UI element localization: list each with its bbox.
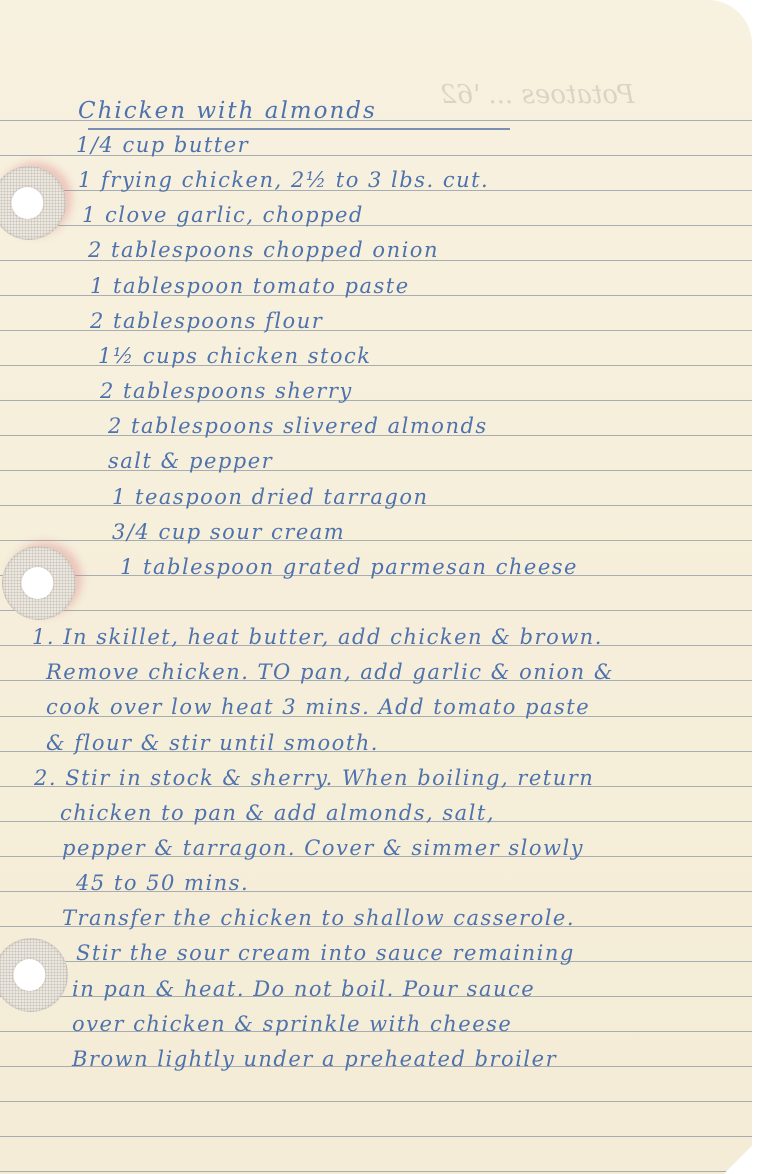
punch-hole xyxy=(13,959,45,991)
ingredient: 1½ cups chicken stock xyxy=(98,346,372,367)
direction-line: 45 to 50 mins. xyxy=(76,873,249,894)
hole-reinforcement-middle xyxy=(2,546,76,620)
ingredient: 1 tablespoon tomato paste xyxy=(90,276,410,297)
ingredient: 1 frying chicken, 2½ to 3 lbs. cut. xyxy=(78,170,489,191)
ingredient: 1 tablespoon grated parmesan cheese xyxy=(120,557,578,578)
recipe-card: Potatoes ... '62 Chicken with almonds 1/… xyxy=(0,0,752,1174)
rule-line xyxy=(0,1171,752,1172)
ingredient: 1/4 cup butter xyxy=(76,135,249,156)
punch-hole xyxy=(21,567,53,599)
ingredient: 2 tablespoons chopped onion xyxy=(88,240,439,261)
direction-line: Brown lightly under a preheated broiler xyxy=(72,1049,557,1070)
bleed-through-text: Potatoes ... '62 xyxy=(440,80,634,110)
ingredient: 2 tablespoons sherry xyxy=(100,381,353,402)
ingredient: 3/4 cup sour cream xyxy=(112,522,345,543)
title-underline xyxy=(88,128,510,130)
rule-line xyxy=(0,610,752,611)
hole-reinforcement-top xyxy=(0,166,66,240)
direction-line: & flour & stir until smooth. xyxy=(46,733,379,754)
direction-line: chicken to pan & add almonds, salt, xyxy=(60,803,495,824)
direction-line: over chicken & sprinkle with cheese xyxy=(72,1014,512,1035)
direction-line: pepper & tarragon. Cover & simmer slowly xyxy=(62,838,584,859)
direction-line: 2. Stir in stock & sherry. When boiling,… xyxy=(34,768,594,789)
ingredient: salt & pepper xyxy=(108,451,273,472)
hole-reinforcement-bottom xyxy=(0,938,68,1012)
recipe-title: Chicken with almonds xyxy=(78,100,377,123)
direction-line: cook over low heat 3 mins. Add tomato pa… xyxy=(46,697,590,718)
direction-line: 1. In skillet, heat butter, add chicken … xyxy=(32,627,603,648)
direction-line: Stir the sour cream into sauce remaining xyxy=(76,943,575,964)
direction-line: Transfer the chicken to shallow casserol… xyxy=(62,908,575,929)
ingredient: 1 clove garlic, chopped xyxy=(82,205,364,226)
ingredient: 2 tablespoons slivered almonds xyxy=(108,416,488,437)
rule-line xyxy=(0,1136,752,1137)
punch-hole xyxy=(11,187,43,219)
ingredient: 2 tablespoons flour xyxy=(90,311,323,332)
ingredient: 1 teaspoon dried tarragon xyxy=(112,487,429,508)
rule-line xyxy=(0,1101,752,1102)
direction-line: Remove chicken. TO pan, add garlic & oni… xyxy=(46,662,614,683)
direction-line: in pan & heat. Do not boil. Pour sauce xyxy=(72,979,535,1000)
